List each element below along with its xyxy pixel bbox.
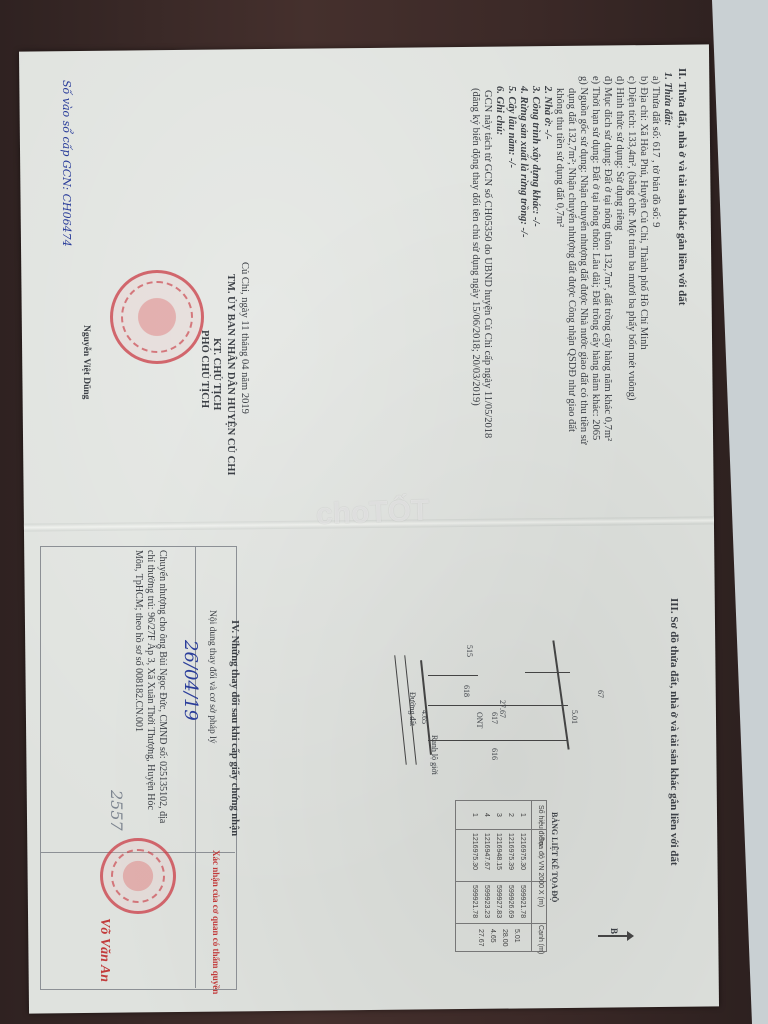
official-seal-2 <box>100 838 176 914</box>
usage-term: e) Thời hạn sử dụng: Đất ở tại nông thôn… <box>589 76 601 440</box>
section2-sub5: 5. Cây lâu năm: -/- <box>505 86 517 168</box>
coord-row-point: 4 <box>483 813 490 817</box>
coord-header-x: Tọa độ VN 2000 X (m) <box>537 837 544 907</box>
change-date: 26/04/19 <box>184 640 196 721</box>
coord-table-title: BẢNG LIỆT KÊ TỌA ĐỘ <box>548 812 560 902</box>
usage-form: d) Hình thức sử dụng: Sử dụng riêng <box>613 76 625 230</box>
section2-sub1: 1. Thửa đất: <box>661 72 673 126</box>
signer-name: Nguyễn Việt Dũng <box>80 325 92 399</box>
parcel-area: c) Diện tích: 133,4m², (bằng chữ: Một tr… <box>625 76 637 401</box>
north-label: B <box>608 928 620 934</box>
usage-origin: g) Nguồn gốc sử dụng: Nhận chuyển nhượng… <box>577 76 589 445</box>
parcel-number: a) Thửa đất số: 617 , tờ bản đồ số: 9 <box>649 76 661 227</box>
coord-row-point: 2 <box>507 813 514 817</box>
coord-row-point: 1 <box>471 813 478 817</box>
change-entry-line2: chỉ thường trú: 96/27F Ấp 3, Xã Xuân Thớ… <box>144 550 156 810</box>
coord-row-point: 1 <box>519 813 526 817</box>
handwritten-number: 2557 <box>110 790 122 831</box>
coord-row-edge: 27.67 <box>477 929 484 947</box>
section2-sub6: 6. Ghi chú: <box>493 86 505 135</box>
coord-row-x: 1216975.30 <box>471 833 478 870</box>
map-label-ont: ONT <box>473 712 485 728</box>
map-edge-2767: 27.67 <box>496 700 508 718</box>
map-label-boundary: Ranh lộ giới <box>428 735 440 775</box>
map-label-67: 67 <box>594 690 606 698</box>
section4-col1: Nội dung thay đổi và cơ sở pháp lý <box>206 610 218 744</box>
coord-row-y: 599921.78 <box>471 885 478 918</box>
coord-row-x: 1216975.30 <box>519 833 526 870</box>
note-line2: (đăng ký biến động thay đổi tên chủ sử d… <box>469 88 481 406</box>
map-label-road: Đường đất <box>406 692 418 726</box>
usage-origin-cont2: không thu tiền sử dụng đất 0,7m² <box>553 88 565 227</box>
coord-row-y: 599927.83 <box>495 885 502 918</box>
map-edge-501: 5.01 <box>568 710 580 724</box>
chotot-watermark: choTỐT <box>315 494 429 532</box>
coord-row-edge: 4.65 <box>489 929 496 943</box>
issuing-org: TM. ỦY BAN NHÂN DÂN HUYỆN CỦ CHI <box>224 274 236 475</box>
coord-row-y: 599921.78 <box>519 885 526 918</box>
coord-header-edge: Cạnh (m) <box>537 925 544 954</box>
change-entry-line1: Chuyển nhượng cho ông Bùi Ngọc Đức, CMND… <box>156 550 168 823</box>
section2-sub3: 3. Công trình xây dựng khác: -/- <box>529 86 541 227</box>
change-entry-line3: Môn, TpHCM; theo hồ sơ số 008182.CN.001 <box>132 550 144 732</box>
note-line1: GCN này tách từ GCN số CH05350 do UBND h… <box>481 90 493 438</box>
section2-title: II. Thửa đất, nhà ở và tài sản khác gắn … <box>676 68 688 305</box>
map-label-616: 616 <box>488 748 500 760</box>
map-edge-465: 4.65 <box>418 710 430 724</box>
map-label-618: 618 <box>460 685 472 697</box>
coord-row-x: 1216947.67 <box>483 833 490 870</box>
section4-title: IV. Những thay đổi sau khi cấp giấy chứn… <box>228 620 240 836</box>
registry-number: Số vào sổ cấp GCN: CH06474 <box>60 80 72 247</box>
section4-col2: Xác nhận của cơ quan có thẩm quyền <box>210 850 222 994</box>
coord-row-y: 599923.23 <box>483 885 490 918</box>
signer-kt: KT. CHỦ TỊCH <box>210 338 222 410</box>
signer-2-name: Võ Văn An <box>98 918 110 982</box>
coord-row-edge: 5.01 <box>513 929 520 943</box>
coordinate-table: Số hiệu điểm Tọa độ VN 2000 X (m) Cạnh (… <box>455 800 547 952</box>
coord-row-edge: 28.00 <box>501 929 508 947</box>
signer-role: PHÓ CHỦ TỊCH <box>198 330 210 408</box>
coord-row-point: 3 <box>495 813 502 817</box>
map-label-515: 515 <box>463 645 475 657</box>
north-arrow-icon <box>598 935 628 937</box>
section3-title: III. Sơ đồ thửa đất, nhà ở và tài sản kh… <box>668 598 680 866</box>
usage-origin-cont: dụng đất 132,7m²; Nhận chuyển nhượng đất… <box>565 88 577 432</box>
usage-purpose: đ) Mục đích sử dụng: Đất ở tại nông thôn… <box>601 76 613 441</box>
issue-date: Củ Chi, ngày 11 tháng 04 năm 2019 <box>238 262 250 414</box>
official-seal-1 <box>110 270 204 364</box>
coord-row-x: 1216948.15 <box>495 833 502 870</box>
coord-row-y: 599926.69 <box>507 885 514 918</box>
changes-table-header-divider <box>195 546 196 988</box>
section2-sub4: 4. Rừng sản xuất là rừng trồng: -/- <box>517 86 529 237</box>
coord-row-x: 1216975.39 <box>507 833 514 870</box>
parcel-address: b) Địa chỉ: Xã Hòa Phú, Huyện Củ Chi, Th… <box>637 76 649 350</box>
section2-sub2: 2. Nhà ở: -/- <box>541 86 553 139</box>
